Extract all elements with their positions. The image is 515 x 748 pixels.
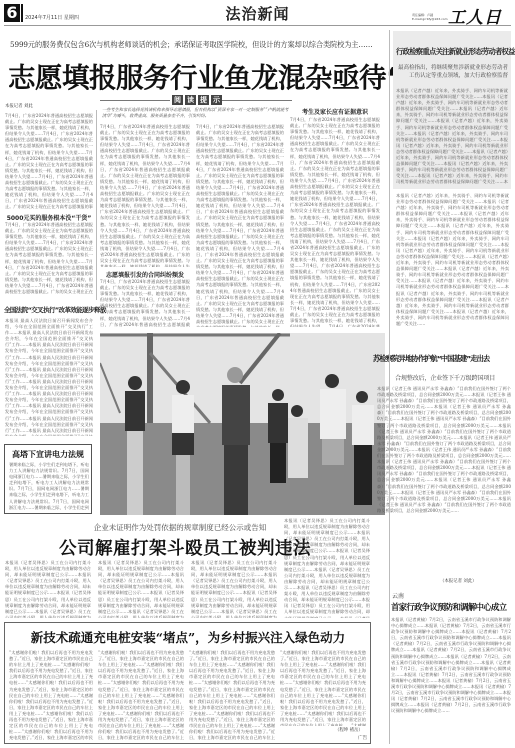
tip-char: 提 [198, 95, 209, 105]
right-story-body: 本报讯（记者王伟 通讯员严永零 孙鑫森）“目前我们在国外签订了两个市政道路及桥梁… [377, 386, 511, 576]
column-divider [389, 30, 390, 744]
yunnan-headline: 首家行政争议预防和调解中心成立 [391, 601, 513, 613]
tip-char: 读 [185, 95, 196, 105]
lead-body-col4: 7月4日，广东省2024年普通高校招生志愿填报截止。广东的吴女士现在正在为高考志… [290, 117, 380, 327]
sidebar-subheadline: 最高检指出，将继续聚焦涉新就业形态劳动者工伤认定等重点领域，加大行政检察监督 [396, 64, 508, 80]
story2-kicker: 企业未证明作为处罚依据的规章制度已经公示或告知 [60, 522, 300, 533]
story2-body-col4: 本报讯（记者吴铎思）员工在公司内打架斗殴，用人单位以违反规章制度为由解除劳动合同… [284, 518, 370, 618]
lead-body-col2b: 7月4日，广东省2024年普通高校招生志愿填报截止。广东的吴女士现在正在为高考志… [100, 279, 190, 327]
news-photo [100, 333, 385, 515]
ad-body-col4: “太感谢你们啦！我们以后再也不用为充电发愁了。”近日，家住上海市嘉定区的市民在自… [280, 650, 366, 726]
lead-byline: 本报记者 刘此 [5, 103, 33, 109]
lead-body-col3: 7月4日，广东省2024年普通高校招生志愿填报截止。广东的吴女士现在正在为高考志… [196, 124, 284, 327]
right-story-subheadline: 合规整改后，企业签下千万级跨国项目 [380, 373, 510, 382]
lead-body-col1: 7月4日，广东省2024年普通高校招生志愿填报截止。广东的吴女士现在正在为高考志… [5, 113, 93, 210]
tip-char: 阅 [172, 95, 183, 105]
lead-subhead-3: 考生及家长应有证据意识 [290, 107, 380, 116]
story2-body-col2: 本报讯（记者吴铎思）员工在公司内打架斗殴，用人单位以违反规章制度为由解除劳动合同… [98, 560, 184, 618]
tip-rule-right [222, 100, 292, 101]
brief-headline-1: 全国法院“交叉执行”改革效能逐步释放 [4, 305, 92, 314]
lead-kicker: 5999元的服务费仅包含6次与机构老师谈话的机会；承诺保证考取医学院校，但设计的… [10, 40, 370, 50]
tip-rule-left [100, 100, 170, 101]
right-story-headline: 苏检察院异地协作护航“中国基建”走出去 [373, 354, 513, 364]
lead-headline: 志愿填报服务行业鱼龙混杂亟待“立规矩” [8, 55, 378, 95]
sidebar-body-cont: 本报讯（记者卢越）近年来，外卖骑手、网约车司机等新就业形态劳动者群体权益保障问题… [396, 193, 509, 348]
ad-body-col2: “太感谢你们啦！我们以后再也不用为充电发愁了。”近日，家住上海市嘉定区的市民在自… [98, 650, 184, 740]
sidebar-body: 本报讯（记者卢越）近年来，外卖骑手、网约车司机等新就业形态劳动者群体权益保障问题… [396, 88, 508, 186]
photo-caption-body: 暑期来临之际，小学生们走到电塔下，听电力工人讲解电力法规常识。7月7日，国网电网… [9, 462, 89, 510]
power-tower-photo-illustration [100, 333, 385, 515]
sidebar-headline: 行政检察重点关注新就业形态劳动者权益保障 [396, 47, 509, 57]
lead-body-col1b: 7月4日，广东省2024年普通高校招生志愿填报截止。广东的吴女士现在正在为高考志… [5, 222, 93, 294]
editor-info: 责任编辑：卢越 E-mail:grrbfy@163.com [412, 13, 448, 21]
ad-signature: （程坤 褚岳） [335, 727, 363, 733]
masthead-rule [4, 25, 511, 26]
ad-body-col1: “太感谢你们啦！我们以后再也不用为充电发愁了。”近日，家住上海市嘉定区的市民在自… [9, 650, 93, 740]
reading-tip-label: 阅 读 提 示 [172, 95, 222, 105]
yunnan-tag: 云南 [392, 591, 404, 600]
lead-body-col2: 7月4日，广东省2024年普通高校招生志愿填报截止。广东的吴女士现在正在为高考志… [100, 124, 190, 267]
tip-char: 示 [211, 95, 222, 105]
ad-body-col3: “太感谢你们啦！我们以后再也不用为充电发愁了。”近日，家住上海市嘉定区的市民在自… [189, 650, 275, 740]
lead-subhead-2: 志愿填报引发的合同纠纷频发 [100, 270, 190, 279]
reading-tip-text: 一些考生和家长选择花钱请机构来指导志愿填报，但有机构以“资深专家一对一定制服务”… [102, 107, 292, 121]
ad-label: 广告 [358, 735, 367, 741]
ad-headline: 新技术疏通充电桩安装“堵点”，为乡村振兴注入绿色动力 [8, 628, 368, 646]
story2-body-col1: 本报讯（记者吴铎思）员工在公司内打架斗殴，用人单位以违反规章制度为由解除劳动合同… [5, 560, 91, 618]
brief-body-1: 本报讯 最高人民法院日前召开新闻发布会介绍，今年在全国范围全面推开“交叉执行”工… [5, 318, 93, 436]
right-story-signature: （本报记者 刘此） [440, 578, 477, 584]
yunnan-body: 本报讯（记者黄榆）7月2日，云南省玉溪市行政争议预防和调解中心揭牌成立……本报讯… [391, 617, 511, 744]
column-divider [96, 110, 97, 300]
story2-body-col3: 本报讯（记者吴铎思）员工在公司内打架斗殴，用人单位以违反规章制度为由解除劳动合同… [191, 560, 277, 618]
lead-subhead-1: 5000元买的服务根本没“干货” [5, 213, 93, 222]
photo-caption-title: 高塔下宣讲电力法规 [4, 449, 92, 460]
